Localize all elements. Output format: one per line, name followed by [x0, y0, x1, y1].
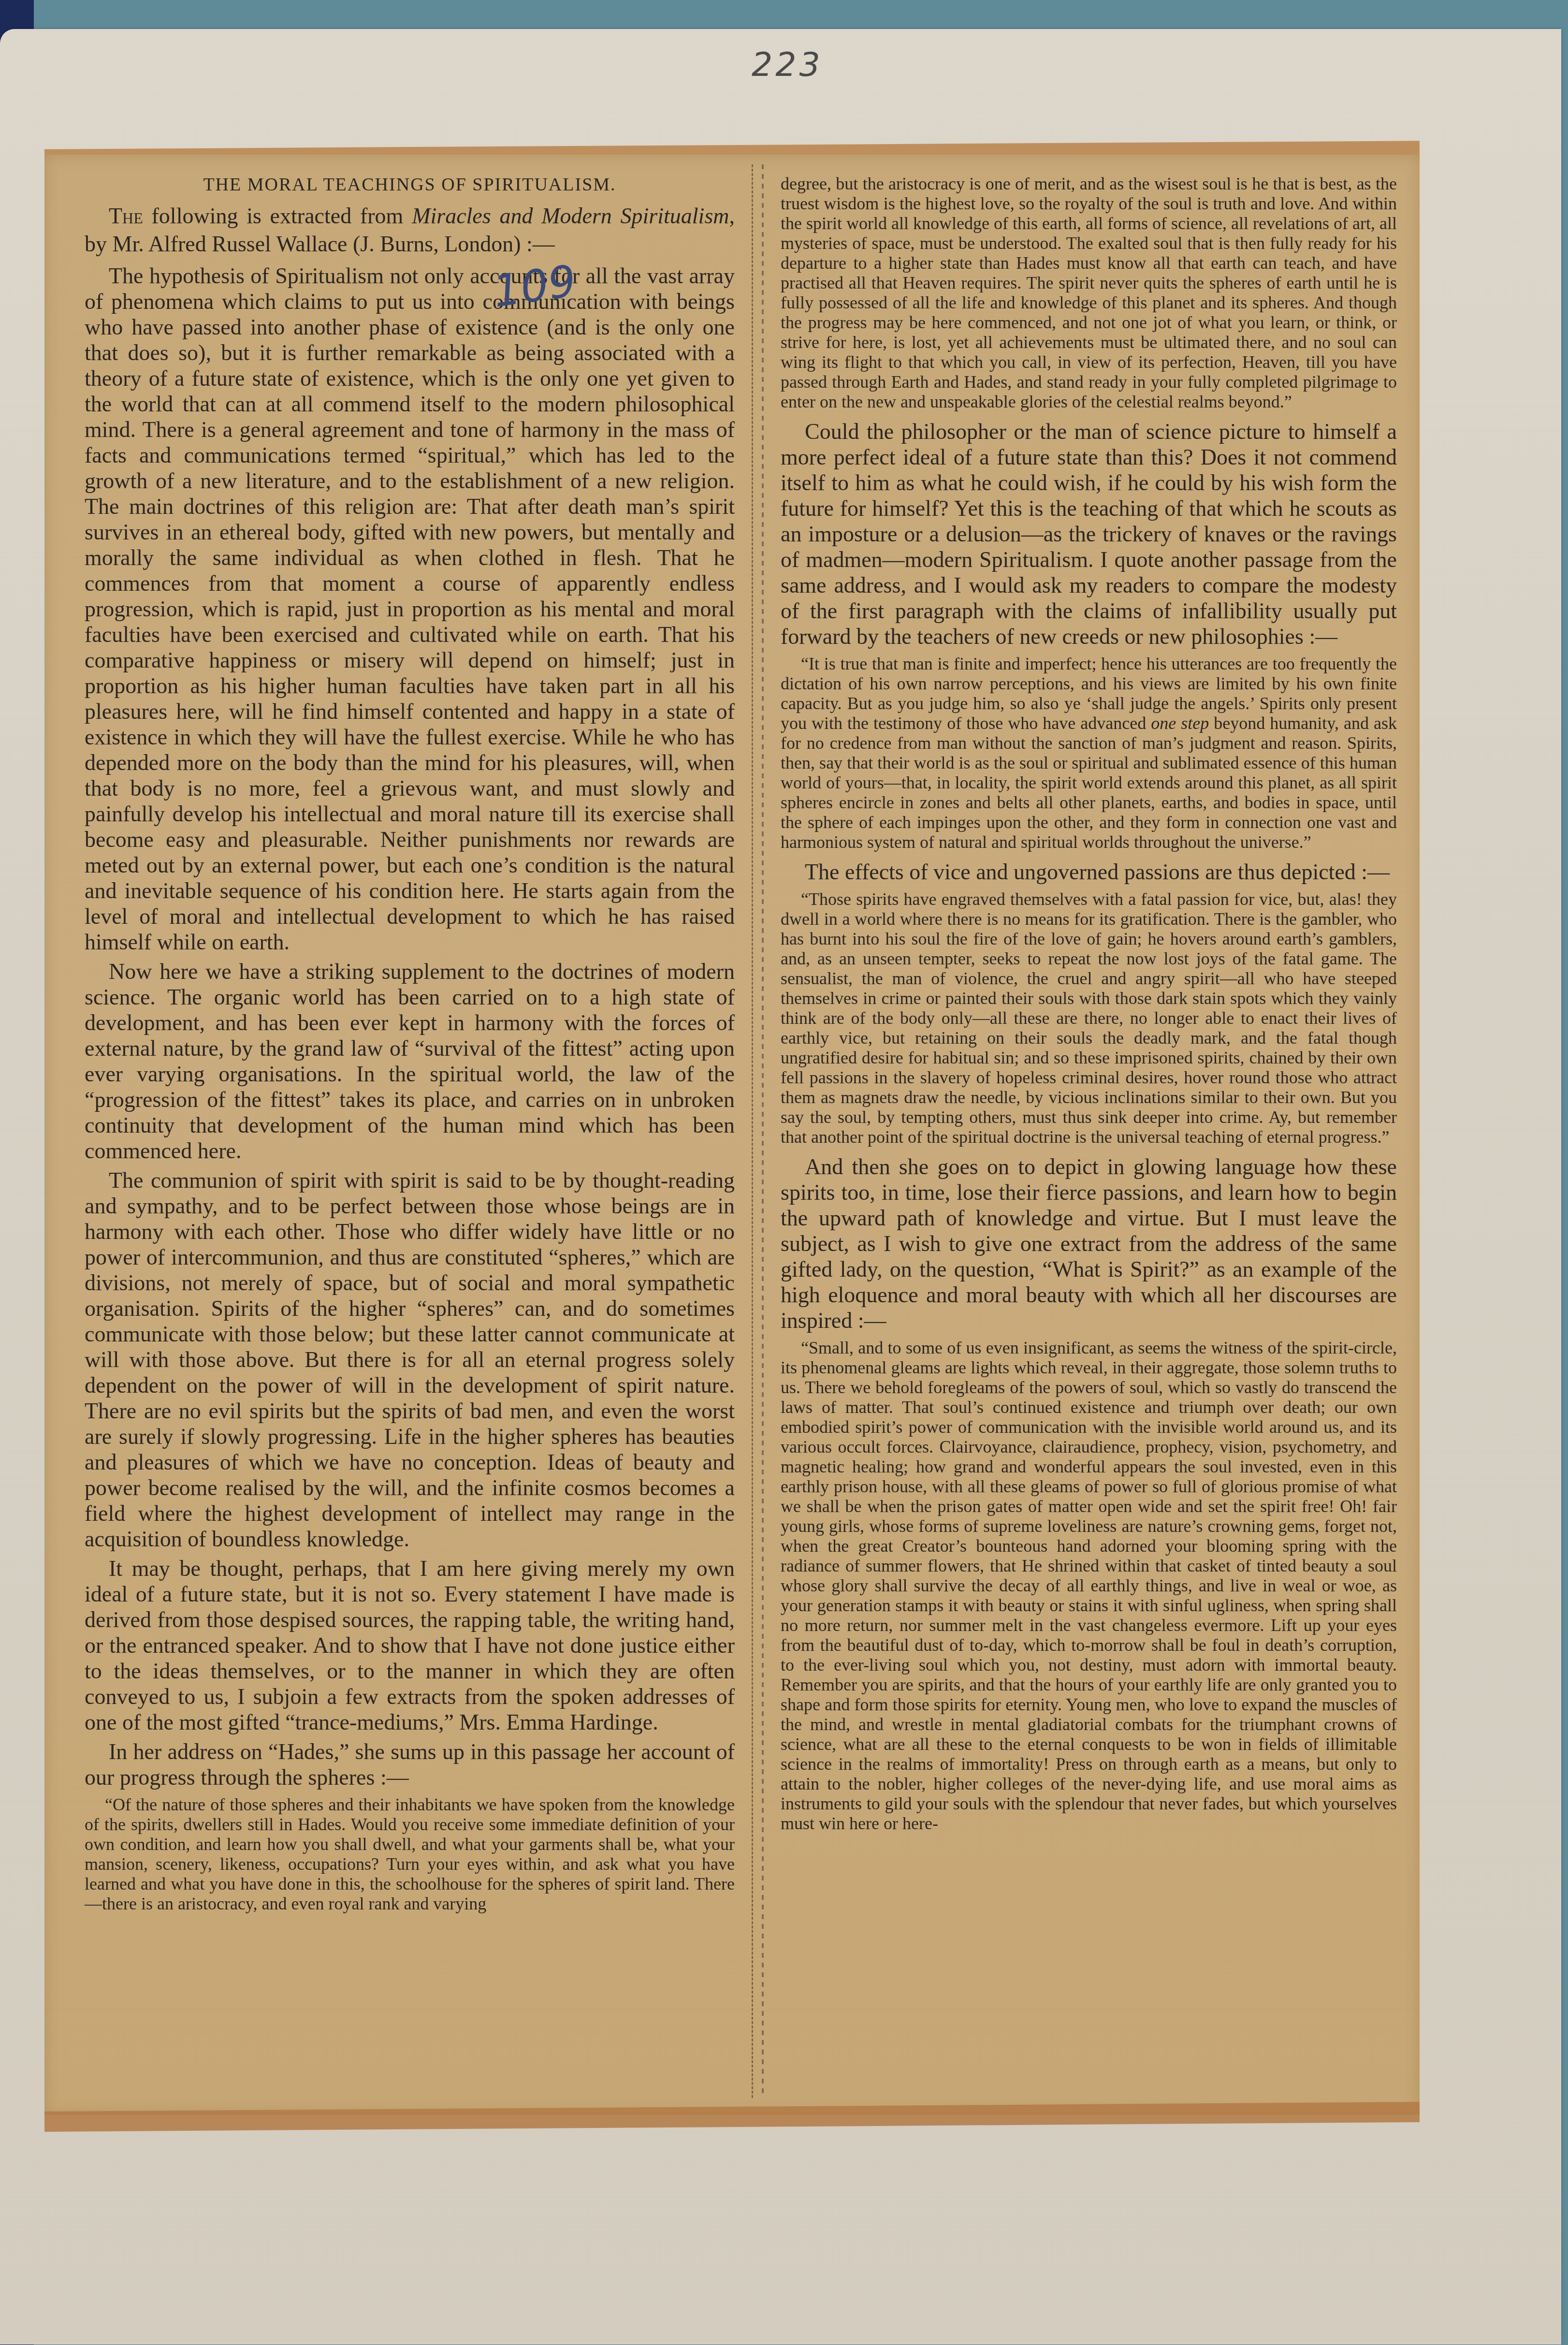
left-paragraph: The hypothesis of Spiritualism not only … [85, 263, 735, 955]
intro-text-1: following is extracted from [143, 204, 412, 228]
handwritten-page-number: 223 [752, 46, 823, 84]
intro-book-title: Miracles and Modern Spiritualism [412, 204, 729, 228]
quote-text-after: beyond humanity, and ask for no credence… [781, 714, 1397, 852]
what-is-spirit-quotation: “Small, and to some of us even insignifi… [781, 1338, 1397, 1834]
intro-lead-word: The [109, 204, 143, 228]
column-divider-rule [752, 164, 772, 2098]
article-left-column: THE MORAL TEACHINGS OF SPIRITUALISM. The… [85, 174, 735, 1921]
article-title: THE MORAL TEACHINGS OF SPIRITUALISM. [85, 174, 735, 195]
left-paragraph: Now here we have a striking supplement t… [85, 959, 735, 1164]
right-paragraph: And then she goes on to depict in glowin… [781, 1154, 1397, 1333]
left-paragraph: In her address on “Hades,” she sums up i… [85, 1739, 735, 1790]
article-right-column: degree, but the aristocracy is one of me… [781, 174, 1397, 1840]
hades-quotation: “Of the nature of those spheres and thei… [85, 1795, 735, 1914]
hades-quotation-continued: degree, but the aristocracy is one of me… [781, 174, 1397, 412]
quote-emphasis: one step [1151, 714, 1209, 733]
vice-passions-quotation: “Those spirits have engraved themselves … [781, 889, 1397, 1147]
right-paragraph: The effects of vice and ungoverned passi… [781, 859, 1397, 885]
right-paragraph: Could the philosopher or the man of scie… [781, 419, 1397, 649]
finite-man-quotation: “It is true that man is finite and imper… [781, 654, 1397, 852]
left-paragraph: The communion of spirit with spirit is s… [85, 1167, 735, 1552]
left-paragraph: It may be thought, perhaps, that I am he… [85, 1556, 735, 1735]
article-intro: The following is extracted from Miracles… [85, 202, 735, 258]
